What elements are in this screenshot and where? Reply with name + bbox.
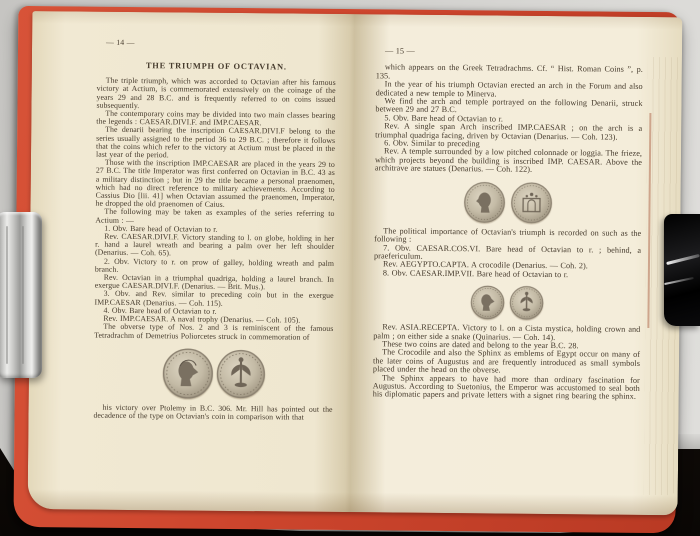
page-number-right: — 15 — [376, 47, 643, 58]
binder-clip-right [664, 214, 700, 326]
page-left: — 14 — THE TRIUMPH OF OCTAVIAN. The trip… [93, 39, 336, 422]
photo-scene: — 14 — THE TRIUMPH OF OCTAVIAN. The trip… [0, 0, 700, 536]
paragraph: Those with the inscription IMP.CAESAR ar… [95, 159, 334, 211]
coin-obverse-head-image [462, 180, 506, 224]
page-number-left: — 14 — [97, 39, 336, 49]
coin-reverse-victory-image [508, 285, 544, 321]
coin-reverse-victory-image [214, 348, 266, 400]
paragraph: The Sphinx appears to have had more than… [373, 374, 640, 402]
coin-obverse-head-image [160, 346, 215, 401]
figure-coins-right-bottom [373, 283, 640, 322]
coin-obverse-head-image [469, 284, 505, 320]
open-book: — 14 — THE TRIUMPH OF OCTAVIAN. The trip… [0, 0, 700, 536]
coin-reverse-arch-image [509, 180, 553, 224]
figure-coins-right-top [374, 179, 641, 226]
paragraph: The denarii bearing the inscription CAES… [96, 126, 335, 161]
coin-entry: Rev. CAESAR.DIVI.F. Victory standing to … [95, 233, 334, 260]
binder-clip-left [0, 212, 42, 378]
paragraph: The obverse type of Nos. 2 and 3 is remi… [94, 323, 333, 342]
page-right: — 15 — which appears on the Greek Tetrad… [373, 47, 643, 401]
paragraph: his victory over Ptolemy in B.C. 306. Mr… [93, 403, 332, 422]
coin-entry: 8. Obv. CAESAR.IMP.VII. Bare head of Oct… [374, 269, 641, 280]
coin-entry: Rev. A temple surrounded by a low pitche… [375, 148, 642, 176]
figure-coins-left [94, 345, 334, 401]
paragraph: The Crocodile and also the Sphinx as emb… [373, 349, 640, 377]
paragraph: The triple triumph, which was accorded t… [96, 77, 335, 112]
chapter-title: THE TRIUMPH OF OCTAVIAN. [97, 61, 336, 72]
